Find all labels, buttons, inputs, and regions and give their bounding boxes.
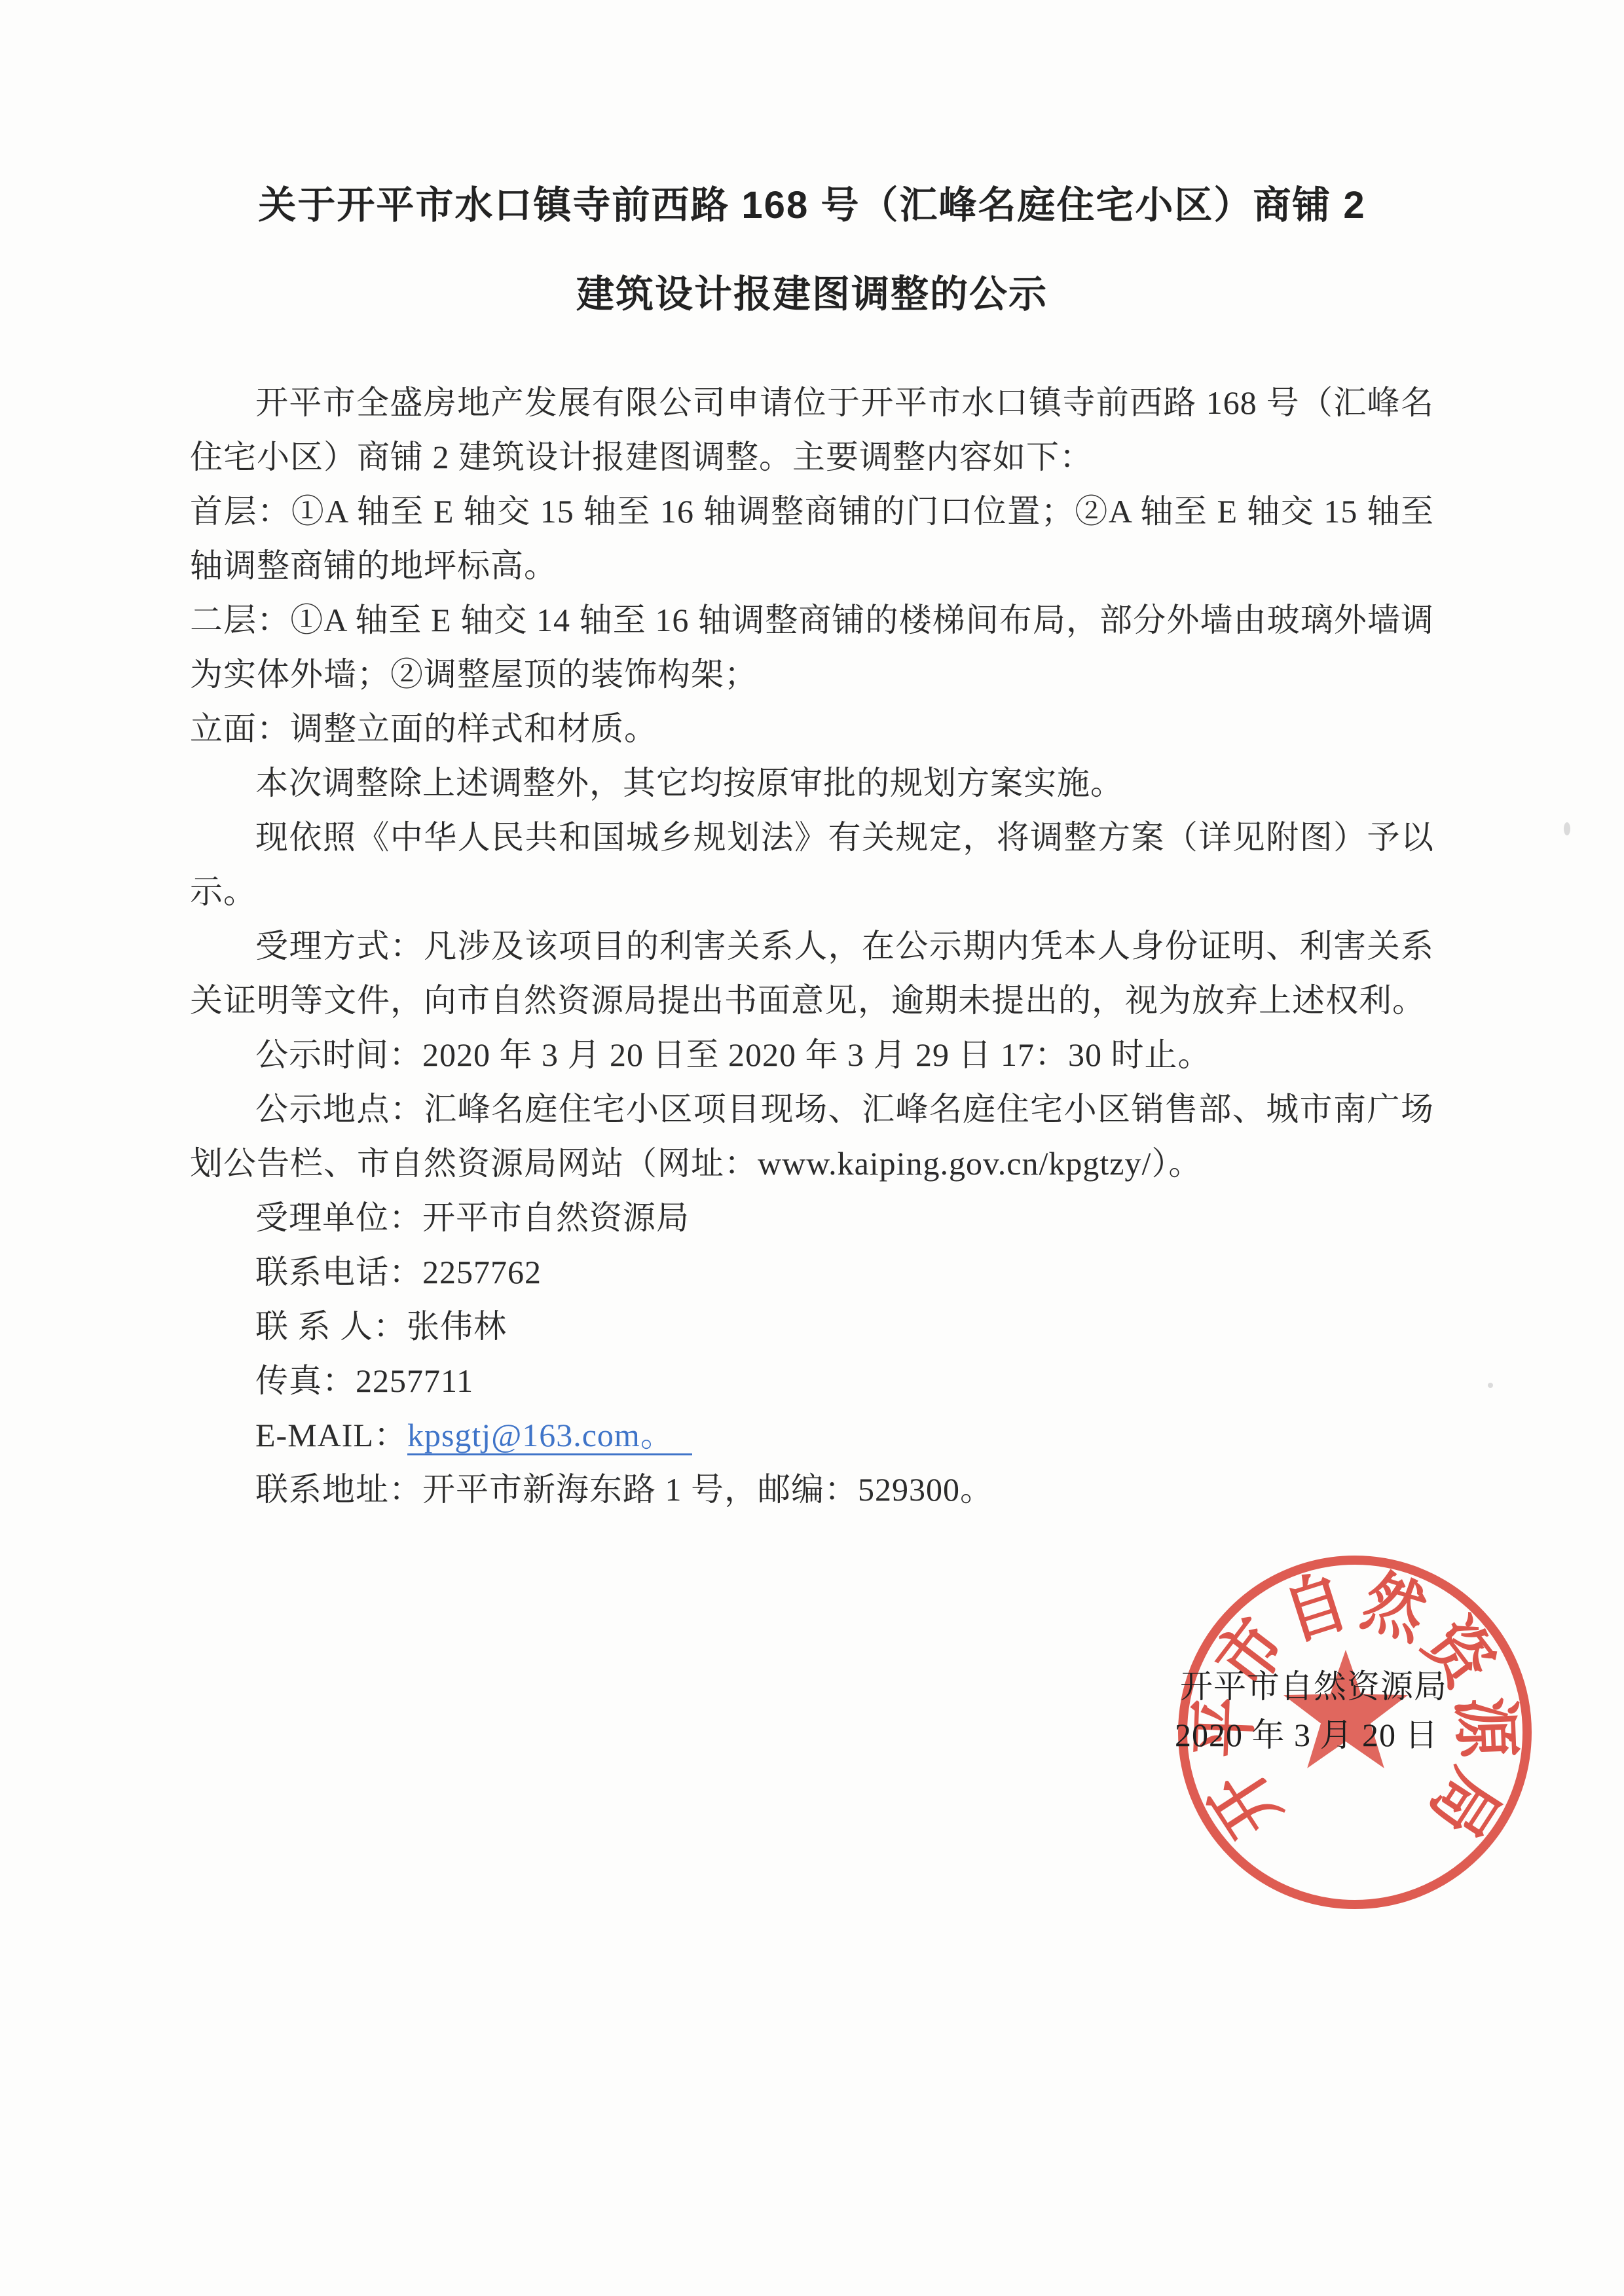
- notice-document-page: 关于开平市水口镇寺前西路 168 号（汇峰名庭住宅小区）商铺 2 建筑设计报建图…: [0, 0, 1624, 2296]
- seal-arc-character: 自: [1276, 1563, 1356, 1654]
- document-title-line1: 关于开平市水口镇寺前西路 168 号（汇峰名庭住宅小区）商铺 2: [190, 161, 1434, 250]
- body-line: 现依照《中华人民共和国城乡规划法》有关规定，将调整方案（详见附图）予以公: [190, 811, 1434, 865]
- signature-date: 2020 年 3 月 20 日: [1175, 1717, 1439, 1753]
- body-line: 受理方式：凡涉及该项目的利害关系人，在公示期内凭本人身份证明、利害关系相: [190, 919, 1434, 974]
- body-line: 受理单位：开平市自然资源局: [190, 1191, 1434, 1245]
- body-line-email: E-MAIL：kpsgtj@163.com。: [190, 1408, 1434, 1463]
- email-link[interactable]: kpsgtj@163.com。: [407, 1417, 692, 1455]
- body-line: 开平市全盛房地产发展有限公司申请位于开平市水口镇寺前西路 168 号（汇峰名庭: [190, 376, 1434, 430]
- body-line: 公示地点：汇峰名庭住宅小区项目现场、汇峰名庭住宅小区销售部、城市南广场规: [190, 1082, 1434, 1137]
- document-title: 关于开平市水口镇寺前西路 168 号（汇峰名庭住宅小区）商铺 2 建筑设计报建图…: [190, 161, 1434, 339]
- body-line: 二层：①A 轴至 E 轴交 14 轴至 16 轴调整商铺的楼梯间布局，部分外墙由…: [190, 593, 1434, 647]
- body-line: 本次调整除上述调整外，其它均按原审批的规划方案实施。: [190, 756, 1434, 811]
- body-line: 公示时间：2020 年 3 月 20 日至 2020 年 3 月 29 日 17…: [190, 1028, 1434, 1082]
- scan-speck: [1564, 822, 1570, 835]
- body-line: 联 系 人：张伟林: [190, 1300, 1434, 1354]
- document-title-line2: 建筑设计报建图调整的公示: [190, 250, 1434, 339]
- body-line: 传真：2257711: [190, 1354, 1434, 1408]
- body-line: 联系电话：2257762: [190, 1245, 1434, 1300]
- email-label: E-MAIL：: [255, 1417, 407, 1453]
- body-line: 为实体外墙；②调整屋顶的装饰构架；: [190, 647, 1434, 702]
- body-line: 住宅小区）商铺 2 建筑设计报建图调整。主要调整内容如下：: [190, 430, 1434, 484]
- body-line: 立面：调整立面的样式和材质。: [190, 702, 1434, 756]
- body-line: 轴调整商铺的地坪标高。: [190, 539, 1434, 593]
- seal-arc-character: 源: [1445, 1696, 1524, 1760]
- document-body: 开平市全盛房地产发展有限公司申请位于开平市水口镇寺前西路 168 号（汇峰名庭 …: [190, 376, 1434, 1517]
- body-line: 划公告栏、市自然资源局网站（网址：www.kaiping.gov.cn/kpgt…: [190, 1137, 1434, 1191]
- signature-organization: 开平市自然资源局: [1180, 1668, 1447, 1705]
- body-line: 关证明等文件，向市自然资源局提出书面意见，逾期未提出的，视为放弃上述权利。: [190, 974, 1434, 1028]
- scan-speck: [1488, 1383, 1493, 1388]
- body-line: 首层：①A 轴至 E 轴交 15 轴至 16 轴调整商铺的门口位置；②A 轴至 …: [190, 484, 1434, 539]
- body-line: 示。: [190, 865, 1434, 919]
